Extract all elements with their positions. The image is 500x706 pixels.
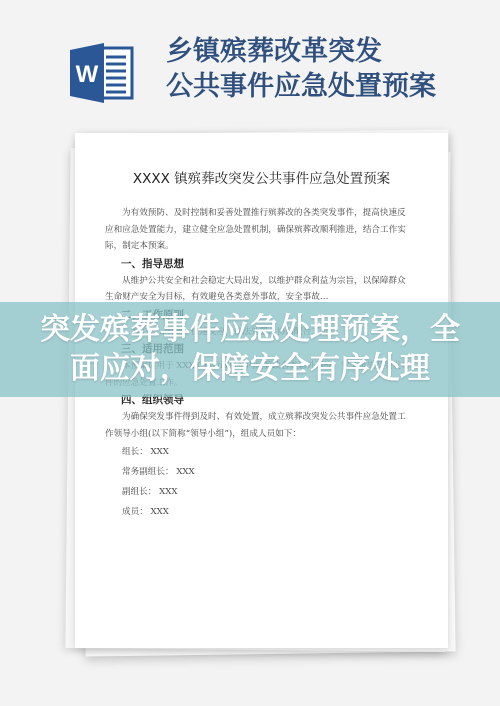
member-role: 组长： bbox=[122, 447, 148, 457]
member-row: 成员： XXX bbox=[105, 502, 410, 522]
header-title: 乡镇殡葬改革突发 公共事件应急处置预案 bbox=[166, 34, 436, 104]
svg-text:W: W bbox=[76, 61, 99, 88]
word-document-icon: W bbox=[68, 42, 134, 104]
member-role: 成员： bbox=[122, 507, 148, 517]
member-role: 副组长： bbox=[122, 487, 156, 497]
member-name: XXX bbox=[176, 467, 194, 477]
member-row: 副组长： XXX bbox=[105, 482, 410, 502]
member-row: 常务副组长： XXX bbox=[105, 462, 410, 482]
intro-paragraph: 为有效预防、及时控制和妥善处置推行殡葬改的各类突发事件，提高快速反应和应急处置能… bbox=[105, 205, 410, 255]
headline-line2: 面应对，保障安全有序处理 bbox=[0, 349, 500, 388]
member-name: XXX bbox=[159, 487, 177, 497]
headline-text: 突发殡葬事件应急处理预案，全 面应对，保障安全有序处理 bbox=[0, 310, 500, 388]
section-heading: 一、指导思想 bbox=[105, 255, 410, 273]
headline-line1: 突发殡葬事件应急处理预案，全 bbox=[0, 310, 500, 349]
headline-banner: 突发殡葬事件应急处理预案，全 面应对，保障安全有序处理 bbox=[0, 302, 500, 397]
header: W 乡镇殡葬改革突发 公共事件应急处置预案 bbox=[0, 0, 500, 128]
document-title: XXXX 镇殡葬改突发公共事件应急处置预案 bbox=[75, 167, 448, 187]
section-body: 为确保突发事件得到及时、有效处置，成立殡葬改突发公共事件应急处置工作领导小组(以… bbox=[105, 409, 410, 442]
member-name: XXX bbox=[151, 447, 169, 457]
member-role: 常务副组长： bbox=[122, 467, 174, 477]
header-title-line1: 乡镇殡葬改革突发 bbox=[166, 34, 436, 69]
member-name: XXX bbox=[151, 507, 169, 517]
header-title-line2: 公共事件应急处置预案 bbox=[166, 69, 436, 104]
member-row: 组长： XXX bbox=[105, 442, 410, 462]
section-body: 从维护公共安全和社会稳定大局出发，以维护群众利益为宗旨，以保障群众生命财产安全为… bbox=[105, 273, 410, 306]
